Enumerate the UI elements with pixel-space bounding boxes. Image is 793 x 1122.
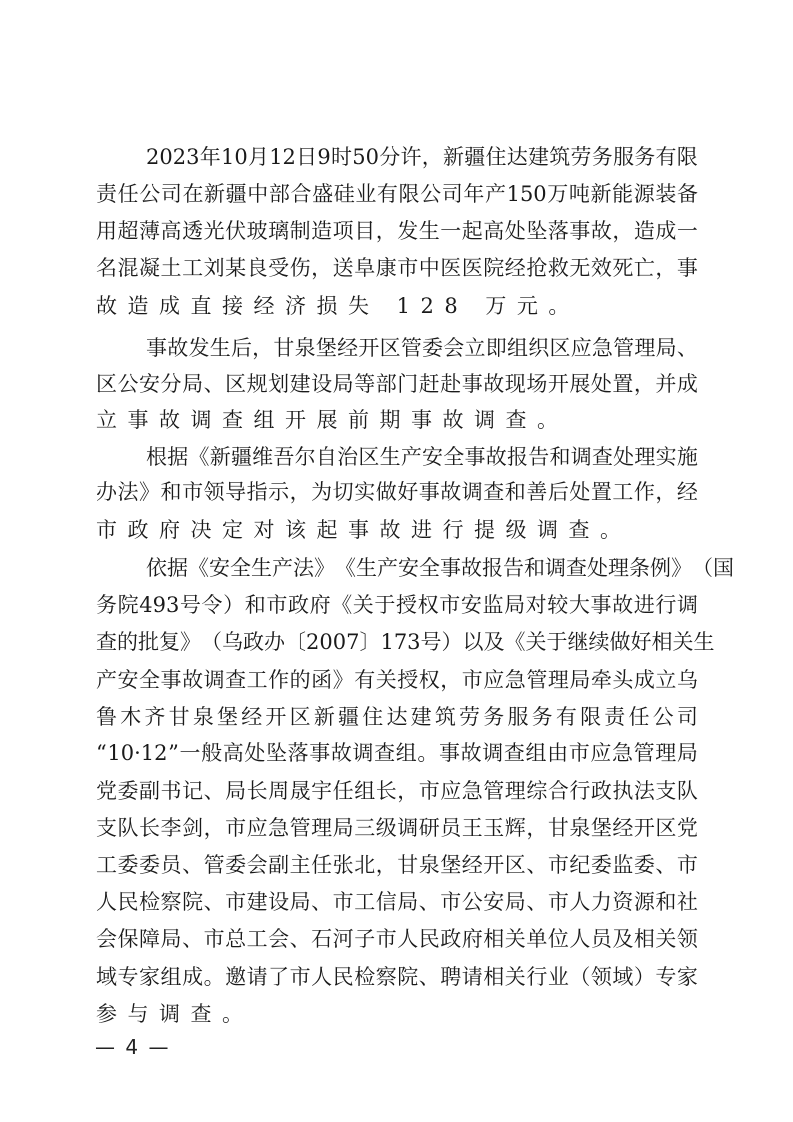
paragraph-4-line-2: 务院493号令）和市政府《关于授权市安监局对较大事故进行调 (96, 590, 698, 620)
paragraph-2-line-2: 区公安分局、区规划建设局等部门赶赴事故现场开展处置，并成 (96, 369, 698, 399)
paragraph-3-line-1: 根据《新疆维吾尔自治区生产安全事故报告和调查处理实施 (146, 442, 698, 472)
paragraph-1-line-1: 2023年10月12日9时50分许，新疆住达建筑劳务服务有限 (146, 142, 698, 172)
paragraph-1-line-2: 责任公司在新疆中部合盛硅业有限公司年产150万吨新能源装备 (96, 179, 698, 209)
paragraph-1-line-5: 故造成直接经济损失 128 万元。 (96, 291, 698, 321)
document-page: 2023年10月12日9时50分许，新疆住达建筑劳务服务有限 责任公司在新疆中部… (0, 0, 793, 1122)
paragraph-3-line-2: 办法》和市领导指示，为切实做好事故调查和善后处置工作，经 (96, 477, 698, 507)
paragraph-4-line-12: 域专家组成。邀请了市人民检察院、聘请相关行业（领域）专家 (96, 962, 698, 992)
paragraph-1-line-4: 名混凝土工刘某良受伤，送阜康市中医医院经抢救无效死亡，事 (96, 253, 698, 283)
paragraph-4-line-1: 依据《安全生产法》《生产安全事故报告和调查处理条例》（国 (146, 553, 698, 583)
paragraph-4-line-4: 产安全事故调查工作的函》有关授权，市应急管理局牵头成立乌 (96, 665, 698, 695)
page-number: — 4 — (95, 1032, 170, 1062)
paragraph-4-line-7: 党委副书记、局长周晟宇任组长，市应急管理综合行政执法支队 (96, 776, 698, 806)
paragraph-4-line-5: 鲁木齐甘泉堡经开区新疆住达建筑劳务服务有限责任公司 (96, 702, 698, 732)
paragraph-4-line-11: 会保障局、市总工会、石河子市人民政府相关单位人员及相关领 (96, 924, 698, 954)
paragraph-4-line-3: 查的批复》（乌政办〔2007〕173号）以及《关于继续做好相关生 (96, 627, 698, 657)
paragraph-2-line-1: 事故发生后，甘泉堡经开区管委会立即组织区应急管理局、 (146, 333, 698, 363)
paragraph-4-line-6: “10·12”一般高处坠落事故调查组。事故调查组由市应急管理局 (96, 738, 698, 768)
paragraph-4-line-13: 参与调查。 (96, 999, 698, 1029)
paragraph-4-line-8: 支队长李剑，市应急管理局三级调研员王玉辉，甘泉堡经开区党 (96, 813, 698, 843)
paragraph-2-line-3: 立事故调查组开展前期事故调查。 (96, 405, 698, 435)
paragraph-1-line-3: 用超薄高透光伏玻璃制造项目，发生一起高处坠落事故，造成一 (96, 216, 698, 246)
paragraph-3-line-3: 市政府决定对该起事故进行提级调查。 (96, 515, 698, 545)
paragraph-4-line-10: 人民检察院、市建设局、市工信局、市公安局、市人力资源和社 (96, 887, 698, 917)
paragraph-4-line-9: 工委委员、管委会副主任张北，甘泉堡经开区、市纪委监委、市 (96, 850, 698, 880)
